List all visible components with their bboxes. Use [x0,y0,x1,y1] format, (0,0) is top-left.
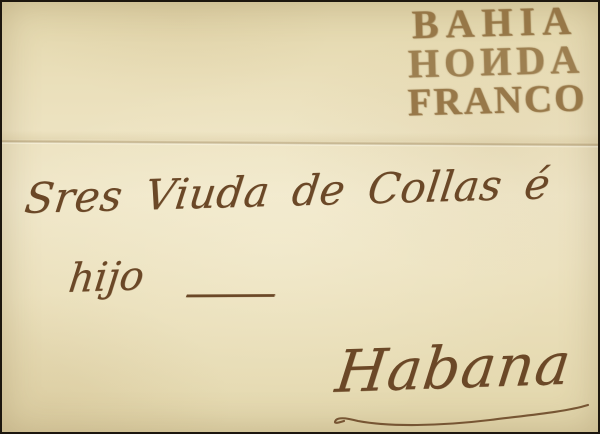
destination-habana: Habana [332,329,575,406]
flourish-underline [330,400,598,430]
address-dash: — [181,268,279,317]
postmark-line-honda: HOИDA [398,39,595,83]
address-line-1: Sres Viuda de Collas é [22,159,553,223]
postmark-bahia-honda-franco: BAHIA HOИDA FRANCO [396,0,595,123]
folded-letter-cover-photo: BAHIA HOИDA FRANCO Sres Viuda de Collas … [0,0,600,434]
fold-crease [0,139,600,148]
address-line-2: hijo [66,253,147,302]
